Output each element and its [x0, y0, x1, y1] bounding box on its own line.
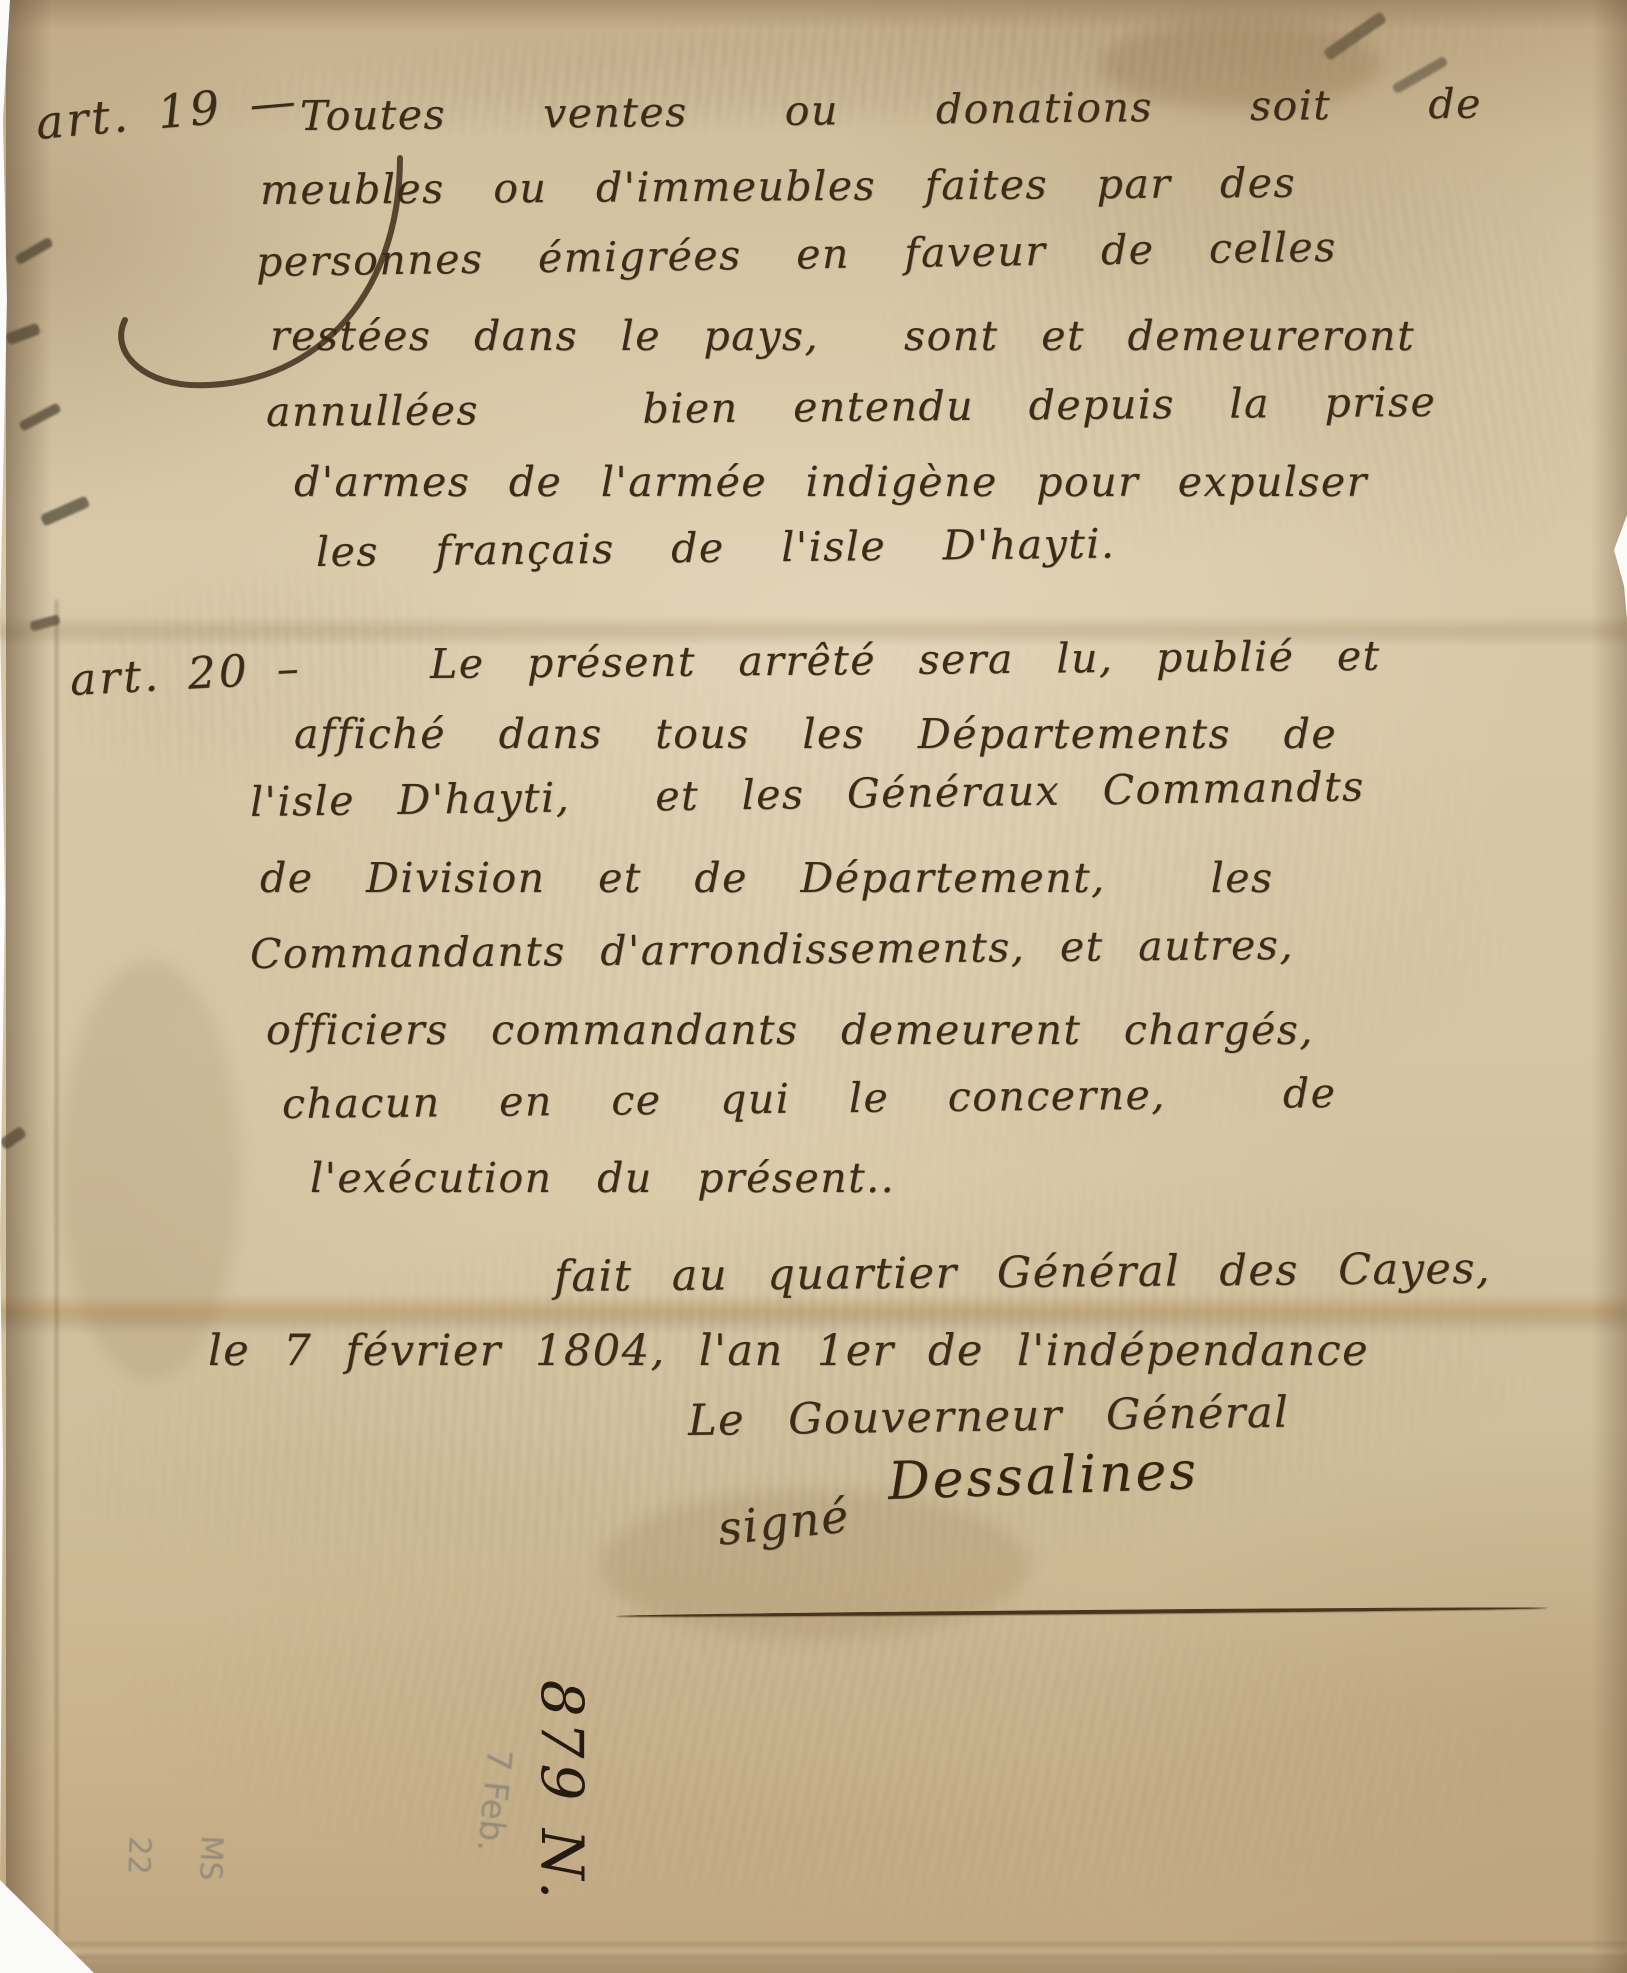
manuscript-line: Commandants d'arrondissements, et autres… [250, 921, 1294, 978]
manuscript-line: affiché dans tous les Départements de [294, 710, 1337, 758]
archival-ink-number: 879 N. [516, 1652, 596, 1932]
manuscript-line: les français de l'isle D'hayti. [316, 520, 1116, 576]
paper-stain [60, 960, 240, 1380]
signature-name: Dessalines [887, 1441, 1200, 1512]
manuscript-line: meubles ou d'immeubles faites par des [260, 159, 1296, 214]
manuscript-line: officiers commandants demeurent chargés, [266, 1006, 1314, 1054]
ink-bleed-mark [40, 495, 91, 526]
manuscript-line: l'exécution du présent.. [310, 1154, 895, 1202]
paper-edge-shadow [6, 0, 52, 1973]
shelfmark-number: 22 [120, 1836, 156, 1875]
closing-line: Le Gouverneur Général [688, 1388, 1290, 1446]
ink-bleed-mark [18, 402, 62, 431]
ink-bleed-mark [14, 237, 54, 266]
ink-bleed-mark [5, 323, 41, 346]
manuscript-line: restées dans le pays, sont et demeureron… [270, 312, 1415, 360]
paper-sheet: art. 19 — Toutes ventes ou donations soi… [0, 0, 1627, 1973]
manuscript-page: art. 19 — Toutes ventes ou donations soi… [0, 0, 1627, 1973]
manuscript-line: Le présent arrêté sera lu, publié et [430, 632, 1381, 688]
manuscript-line: d'armes de l'armée indigène pour expulse… [294, 458, 1368, 506]
manuscript-line: annullées bien entendu depuis la prise [266, 378, 1437, 436]
closing-line: fait au quartier Général des Cayes, [554, 1244, 1492, 1302]
manuscript-line: de Division et de Département, les [260, 854, 1274, 902]
closing-line: le 7 février 1804, l'an 1er de l'indépen… [208, 1326, 1369, 1376]
shelfmark-ms: MS [192, 1835, 229, 1881]
archival-pencil-shelfmark: MS 22 [189, 1769, 267, 1892]
ink-bleed-mark [0, 1126, 27, 1151]
